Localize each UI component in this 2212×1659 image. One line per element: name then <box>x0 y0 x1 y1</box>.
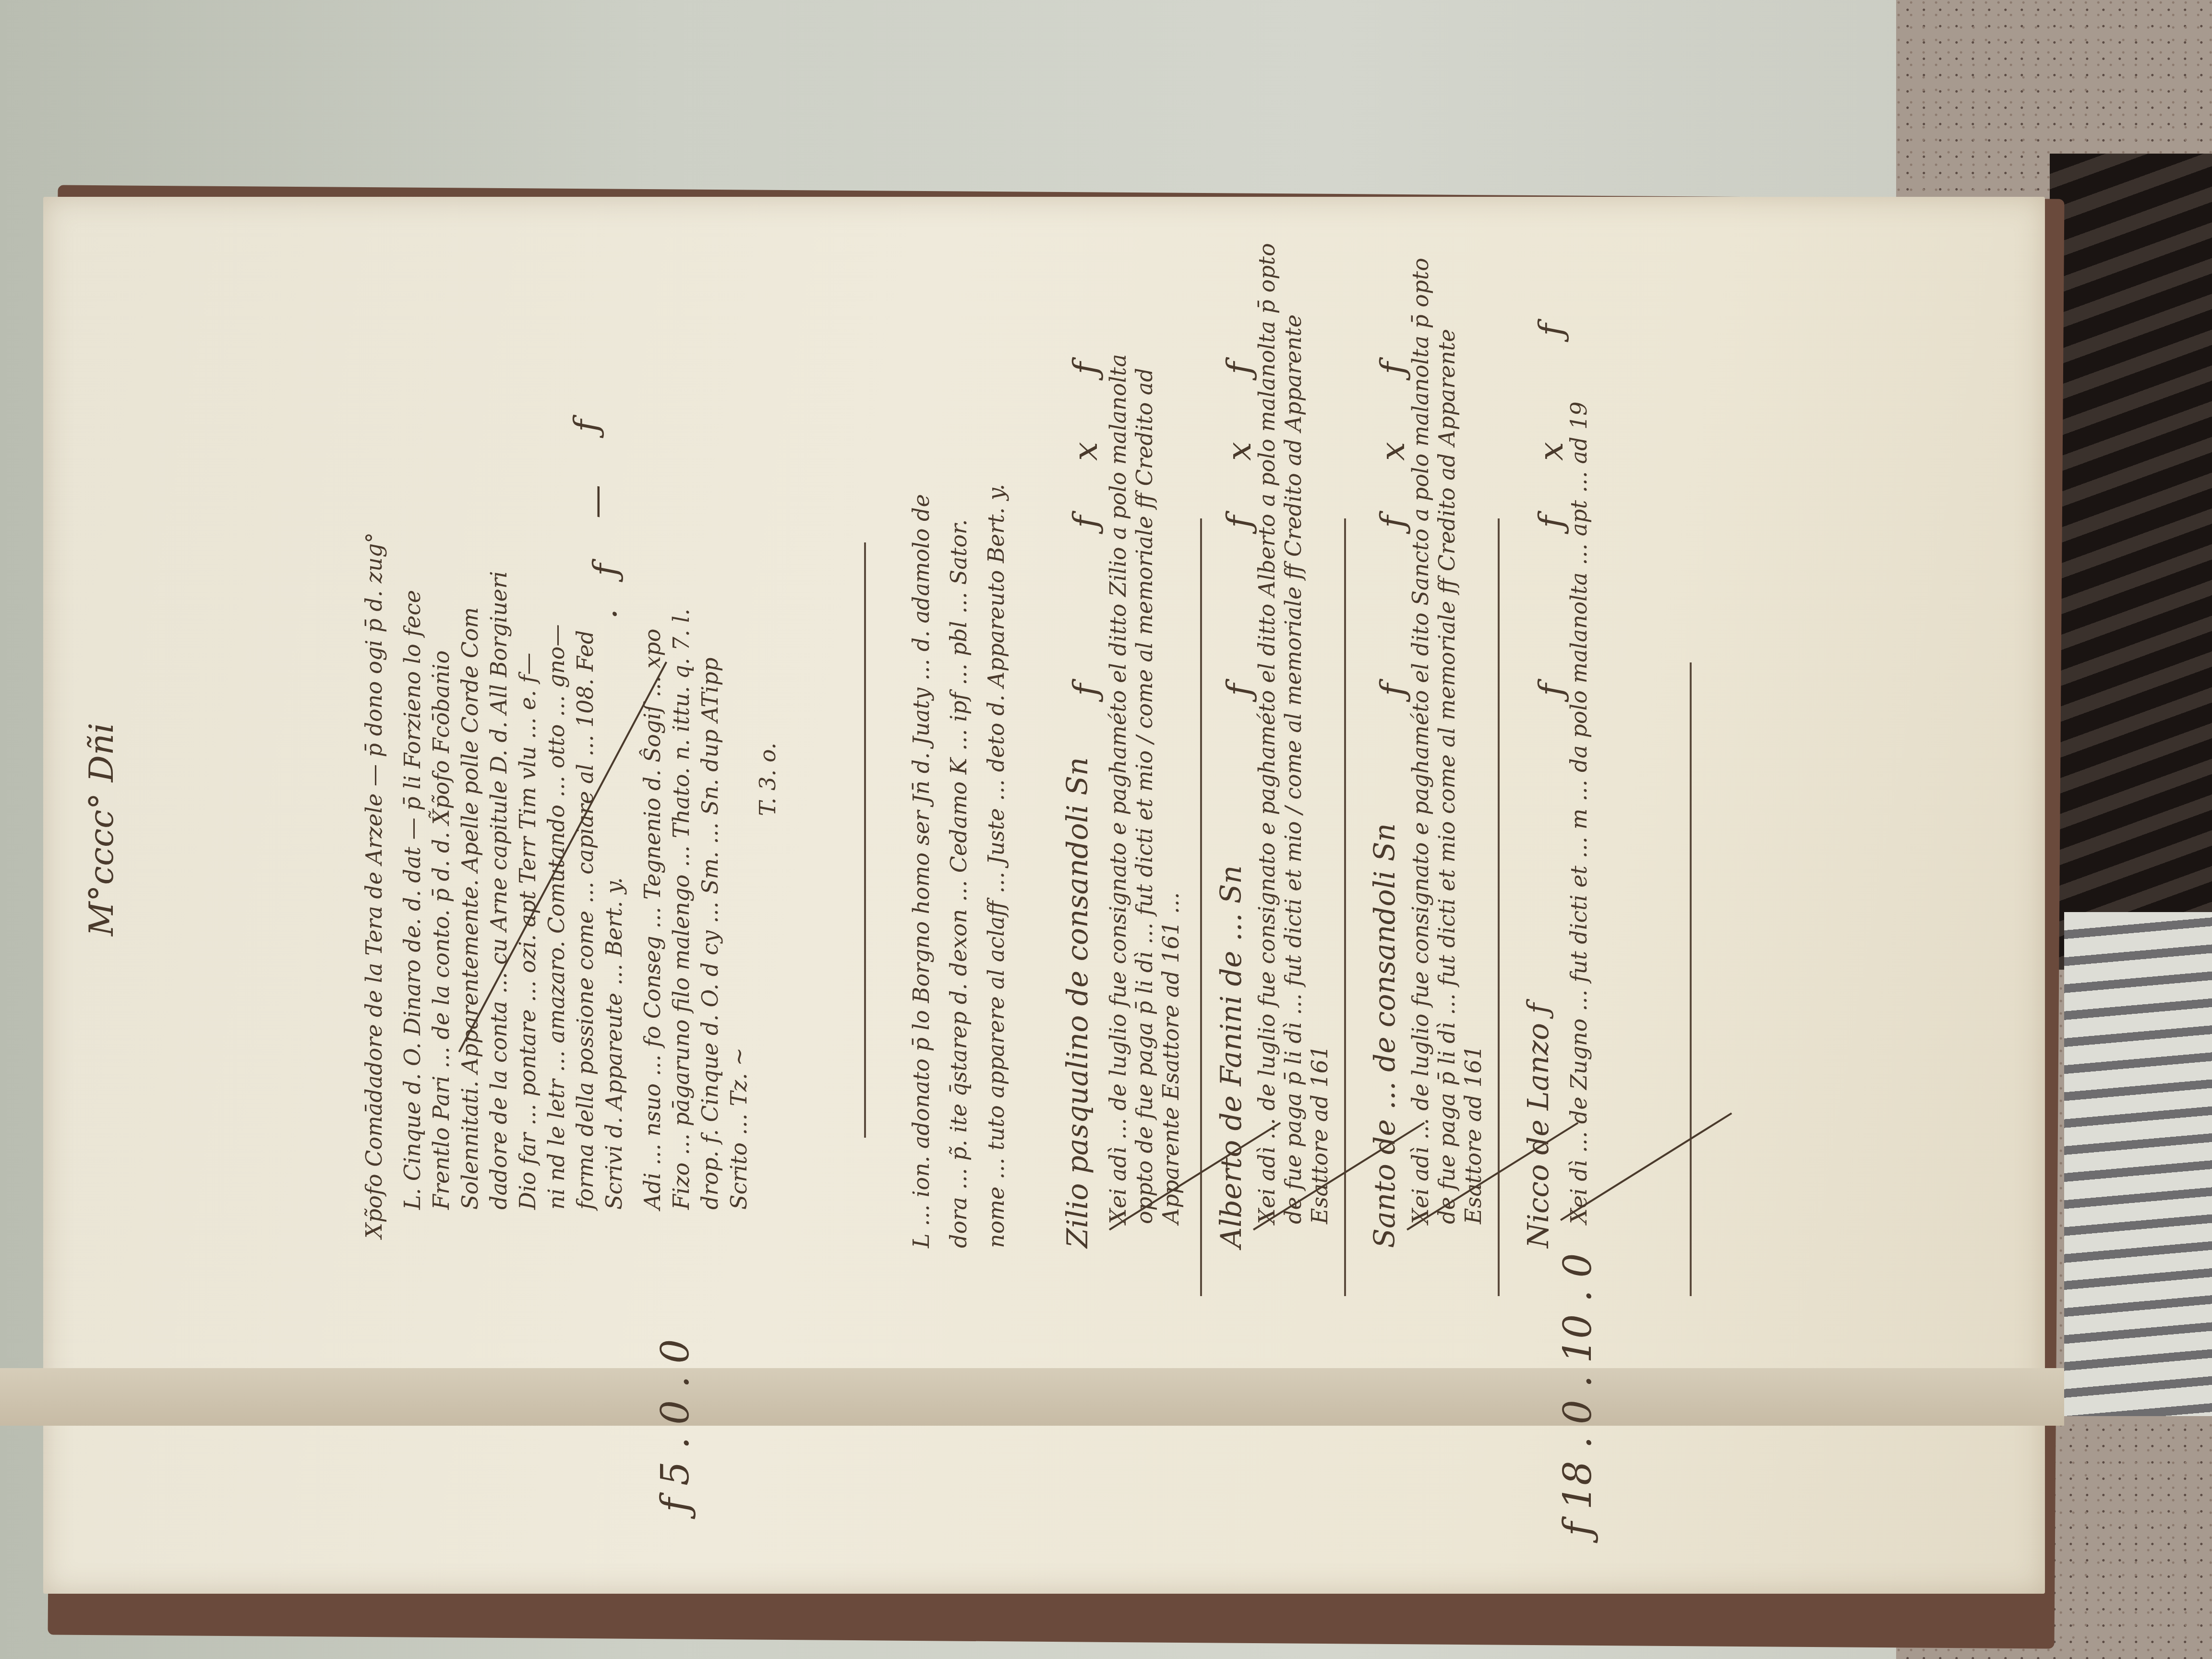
amount-mark: x <box>1066 442 1105 461</box>
amount-mark: x <box>1531 442 1571 461</box>
amount-mark: ƒ <box>1373 684 1412 696</box>
entry-line: Xp̃ofo Comādadore de la Tera de Arzele —… <box>355 532 393 1238</box>
amount-mark: ƒ <box>1219 362 1259 374</box>
margin-total-right: ƒ 18 . 0 . 10 . 0 <box>1555 1253 1600 1536</box>
amount-mark: ƒ <box>1066 684 1105 696</box>
amount-mark: x <box>1373 442 1412 461</box>
entry-divider <box>1344 518 1346 1296</box>
amount-mark: ƒ <box>1373 516 1412 528</box>
amount-mark: ƒ <box>586 564 625 576</box>
entry-name: Santo de … de consandoli Sn <box>1368 823 1402 1248</box>
right-section-heading: L … ion. adonato p̄ lo Borgno homo ser J… <box>902 480 1015 1248</box>
section-rule <box>864 542 866 1138</box>
amount-mark: ƒ <box>1531 684 1571 696</box>
entry-name: Zilio pasqualino de consandoli Sn <box>1061 757 1094 1248</box>
amount-mark: ƒ <box>566 420 606 432</box>
amount-mark: ƒ <box>1219 684 1259 696</box>
entry-divider <box>1690 662 1692 1296</box>
amount-mark: ƒ <box>1066 516 1105 528</box>
margin-total-left: ƒ 5 . 0 . 0 <box>653 1339 697 1512</box>
amount-mark: ƒ <box>1219 516 1259 528</box>
backdrop-dark-fabric <box>2050 154 2212 970</box>
facing-page-edge <box>0 1368 2064 1426</box>
amount-mark: ƒ <box>1066 362 1105 374</box>
entry-line: Scrivi d. Appareute … Bert. y. <box>595 877 633 1210</box>
backdrop-striped-fabric <box>2064 912 2212 1416</box>
amount-mark: ƒ <box>1373 362 1412 374</box>
entry-line: T. 3. o. <box>749 743 786 816</box>
amount-mark: · <box>595 609 635 619</box>
entry-name: Alberto de Fanini de … Sn <box>1214 866 1248 1248</box>
entry-divider <box>1498 518 1500 1296</box>
entry-line: Apparente Esattore ad 161 … <box>1152 892 1190 1224</box>
entry-line: Scrito … Tz. ~ <box>720 1047 757 1210</box>
page-header: M°cccc° Dñi <box>82 723 121 936</box>
entry-divider <box>1200 518 1202 1296</box>
amount-mark: ƒ <box>1531 324 1571 336</box>
amount-mark: ƒ <box>1531 516 1571 528</box>
entry-name: Nicco de Lanzo ƒ <box>1522 1003 1555 1248</box>
amount-mark: — <box>576 485 615 518</box>
amount-mark: x <box>1219 442 1259 461</box>
